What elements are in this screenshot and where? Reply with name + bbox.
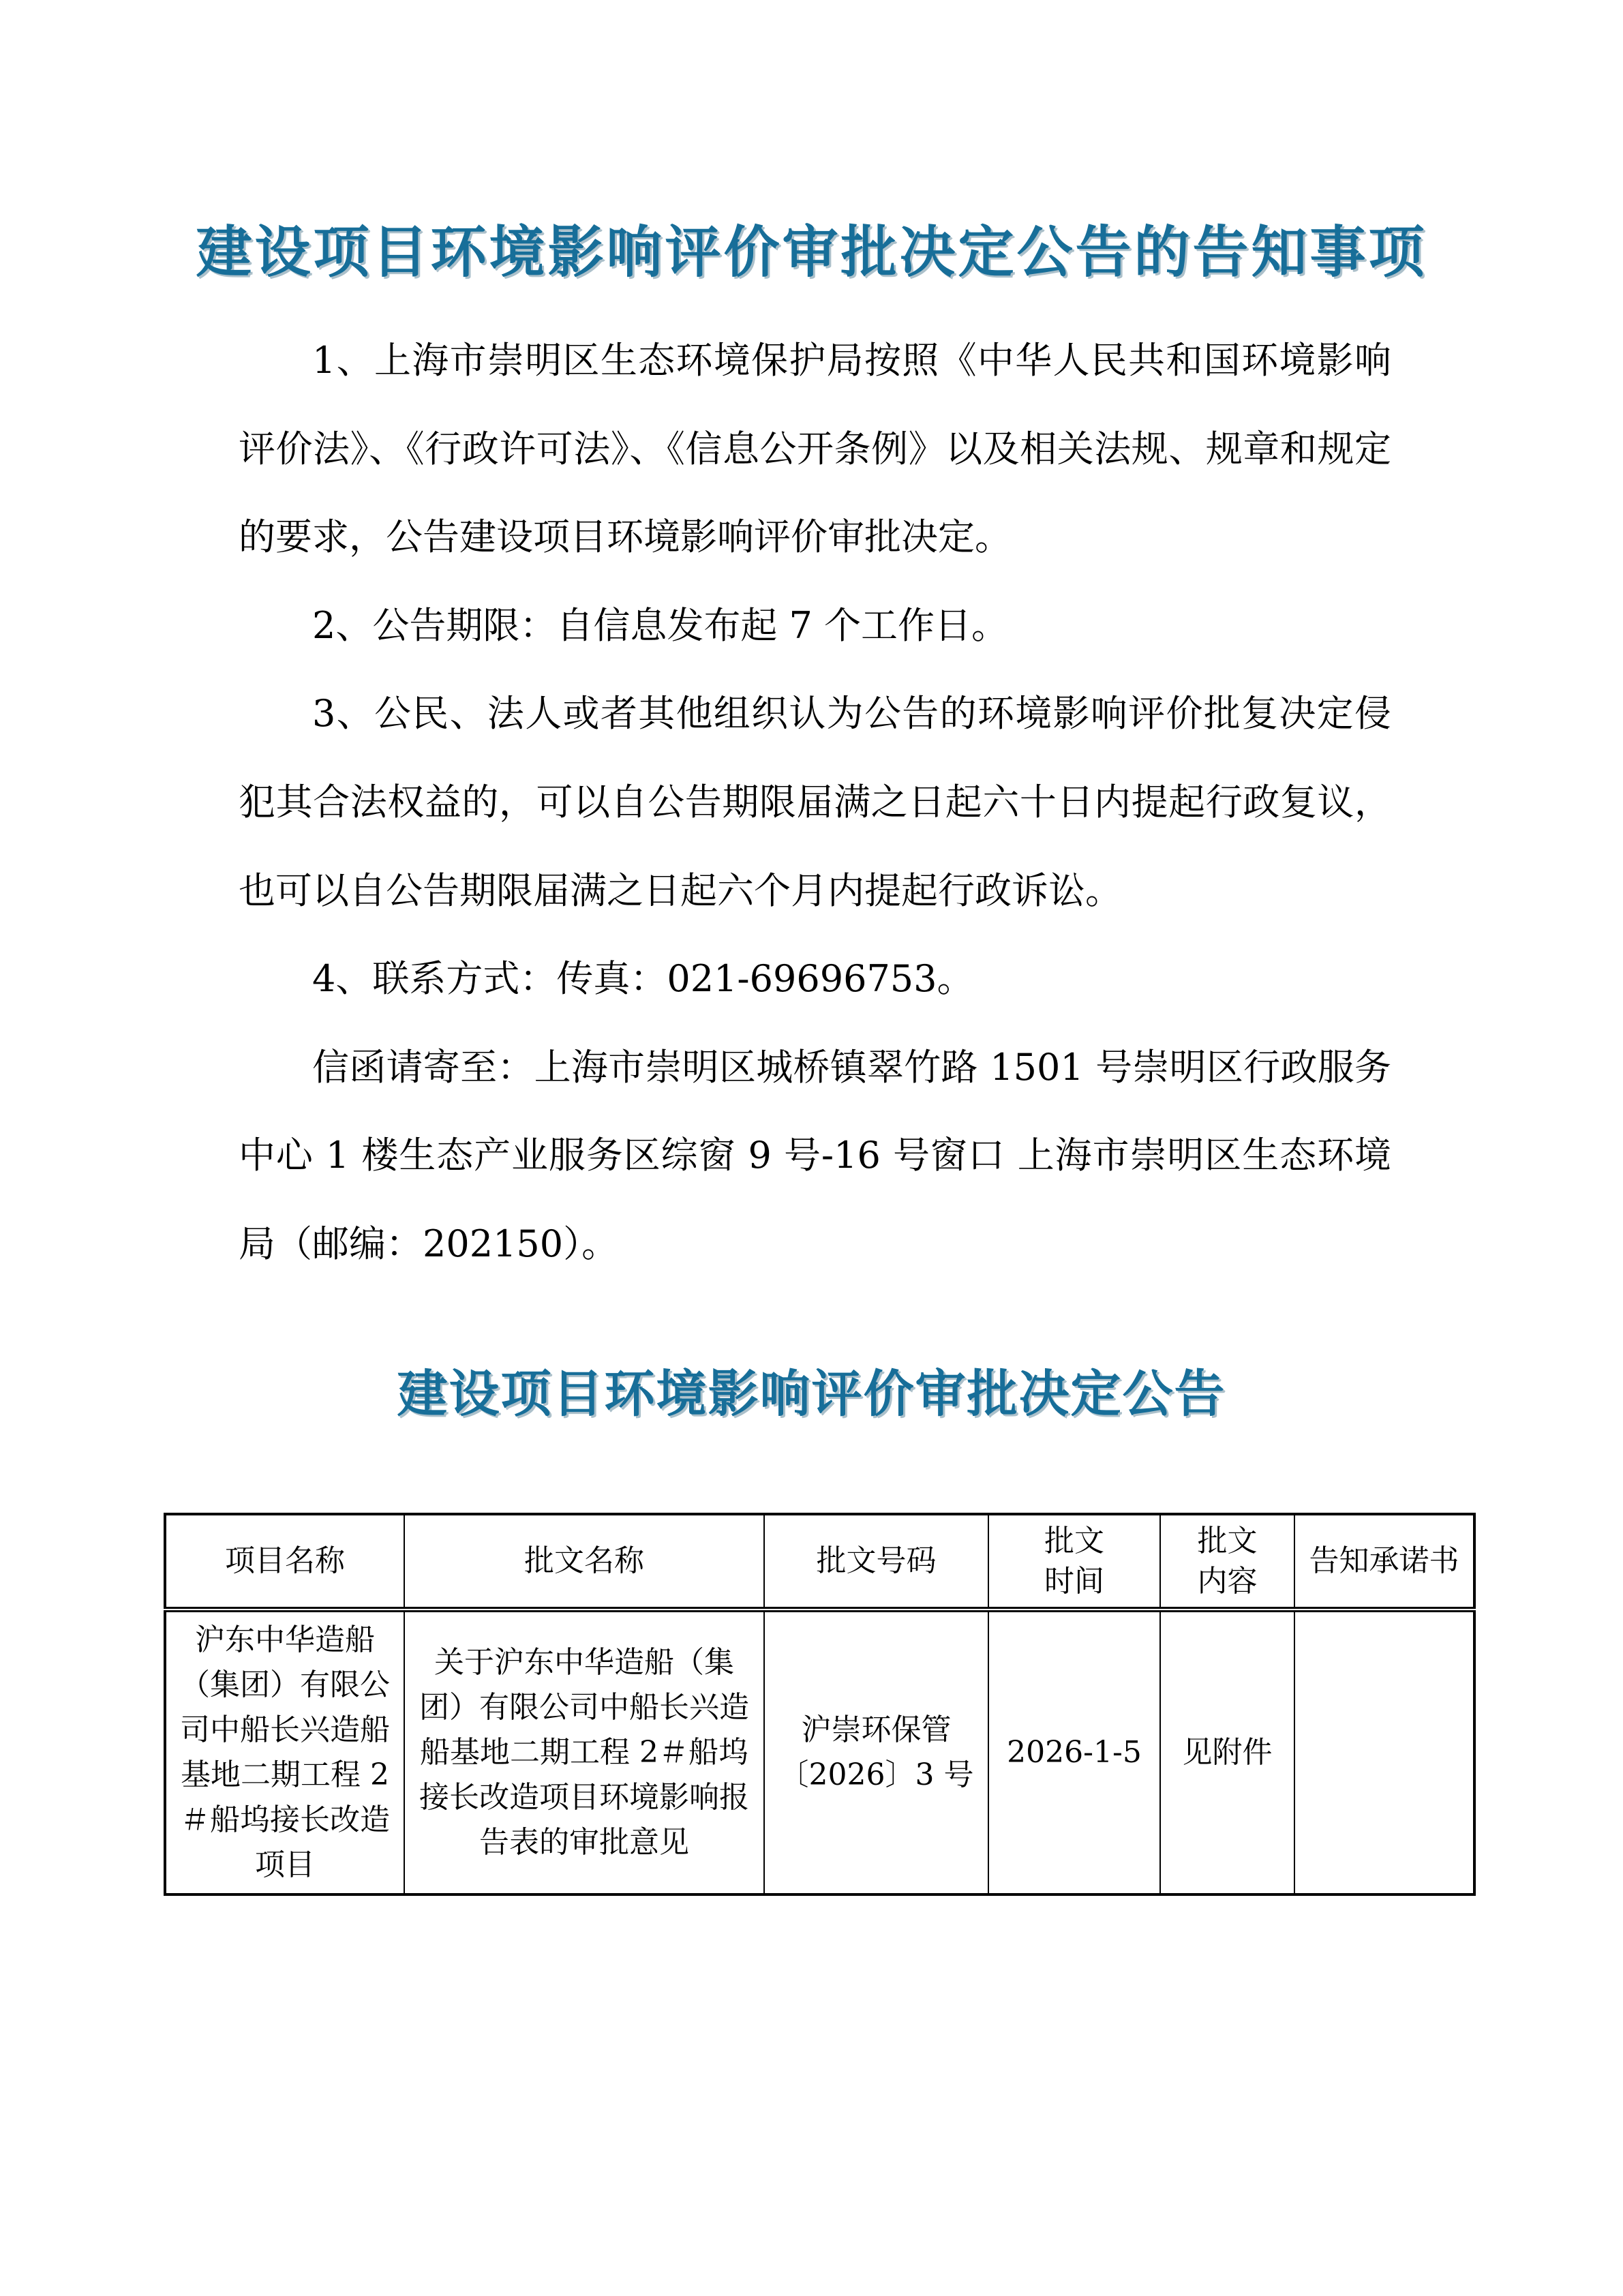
header-approval-name: 批文名称 [404,1514,764,1610]
table-header-row: 项目名称 批文名称 批文号码 批文 时间 批文 内容 告知承诺书 [165,1514,1474,1610]
paragraph-contact-fax: 4、联系方式：传真：021-69696753。 [239,935,1391,1023]
header-project-name: 项目名称 [165,1514,404,1610]
table-row: 沪东中华造船（集团）有限公司中船长兴造船基地二期工程 2＃船坞接长改造项目 关于… [165,1610,1474,1894]
page-title-approval-announcement: 建设项目环境影响评价审批决定公告 [0,1369,1623,1419]
cell-approval-name: 关于沪东中华造船（集团）有限公司中船长兴造船基地二期工程 2＃船坞接长改造项目环… [404,1610,764,1894]
cell-approval-date: 2026-1-5 [988,1610,1160,1894]
paragraph-legal-basis: 1、上海市崇明区生态环境保护局按照《中华人民共和国环境影响评价法》、《行政许可法… [239,316,1391,581]
header-approval-date: 批文 时间 [988,1514,1160,1610]
paragraph-legal-remedies: 3、公民、法人或者其他组织认为公告的环境影响评价批复决定侵犯其合法权益的，可以自… [239,669,1391,935]
header-approval-content: 批文 内容 [1160,1514,1294,1610]
page-title-notice-items: 建设项目环境影响评价审批决定公告的告知事项 [0,0,1623,281]
header-commitment-letter: 告知承诺书 [1294,1514,1474,1610]
paragraph-announcement-period: 2、公告期限：自信息发布起 7 个工作日。 [239,581,1391,670]
notice-body: 1、上海市崇明区生态环境保护局按照《中华人民共和国环境影响评价法》、《行政许可法… [239,316,1391,1288]
cell-approval-number: 沪崇环保管 〔2026〕3 号 [764,1610,988,1894]
cell-project-name: 沪东中华造船（集团）有限公司中船长兴造船基地二期工程 2＃船坞接长改造项目 [165,1610,404,1894]
document-page: 建设项目环境影响评价审批决定公告的告知事项 1、上海市崇明区生态环境保护局按照《… [0,0,1623,2296]
approval-decision-table: 项目名称 批文名称 批文号码 批文 时间 批文 内容 告知承诺书 沪东中华造船（… [164,1513,1476,1897]
cell-approval-content: 见附件 [1160,1610,1294,1894]
cell-commitment-letter [1294,1610,1474,1894]
header-approval-number: 批文号码 [764,1514,988,1610]
paragraph-mailing-address: 信函请寄至：上海市崇明区城桥镇翠竹路 1501 号崇明区行政服务中心 1 楼生态… [239,1023,1391,1288]
